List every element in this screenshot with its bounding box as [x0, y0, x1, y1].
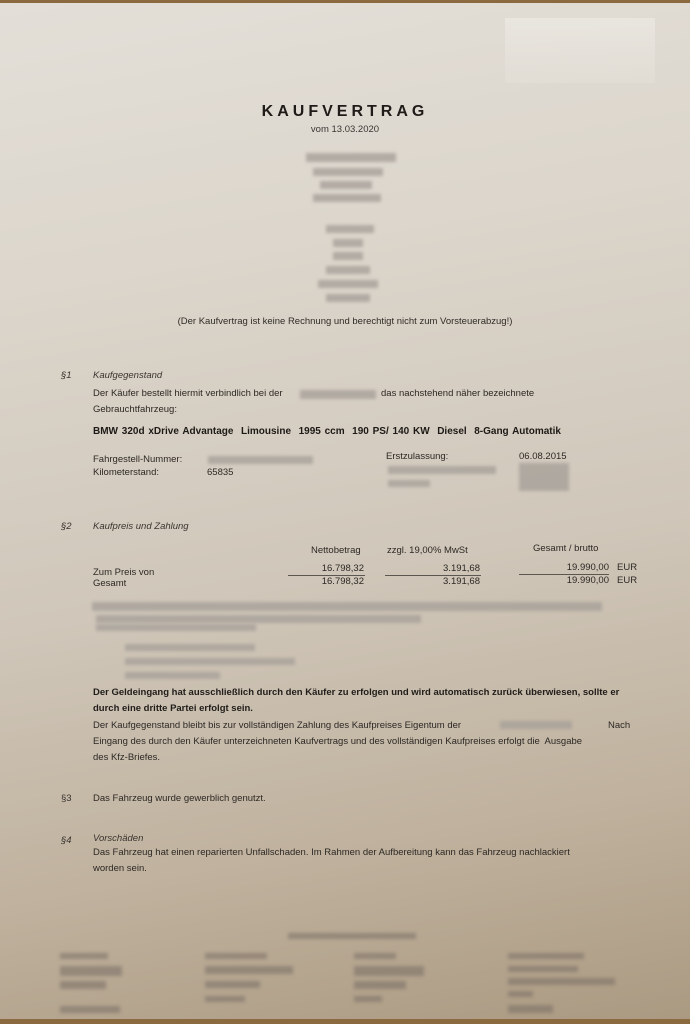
- payment-notice: Der Geldeingang hat ausschließlich durch…: [93, 685, 643, 717]
- total-currency: EUR: [617, 573, 637, 589]
- document-date: vom 13.03.2020: [0, 124, 690, 135]
- section1-intro-b: das nachstehend näher bezeichnete: [381, 386, 534, 402]
- contract-paper: KAUFVERTRAG vom 13.03.2020 (Der Kaufvert…: [0, 3, 690, 1019]
- ownership-line1-b: Nach: [608, 718, 630, 734]
- total-vat: 3.191,68: [390, 574, 480, 590]
- ownership-line3: des Kfz-Briefes.: [93, 750, 160, 766]
- column-vat: zzgl. 19,00% MwSt: [387, 543, 468, 559]
- ownership-line2: Eingang des durch den Käufer unterzeichn…: [93, 734, 582, 750]
- section4-number: §4: [61, 835, 72, 846]
- section1-intro-a: Der Käufer bestellt hiermit verbindlich …: [93, 386, 283, 402]
- section3-text: Das Fahrzeug wurde gewerblich genutzt.: [93, 791, 266, 807]
- section4-line2: worden sein.: [93, 861, 147, 877]
- redacted-seller-name: [300, 390, 376, 399]
- light-glare: [505, 18, 655, 83]
- section4-title: Vorschäden: [93, 833, 143, 844]
- section1-title: Kaufgegenstand: [93, 370, 162, 381]
- section1-intro-line2: Gebrauchtfahrzeug:: [93, 402, 177, 418]
- vehicle-description: BMW 320d xDrive Advantage Limousine 1995…: [93, 426, 561, 437]
- total-row-label: Gesamt: [93, 576, 126, 592]
- mileage-value: 65835: [207, 465, 233, 481]
- section4-line1: Das Fahrzeug hat einen reparierten Unfal…: [93, 845, 570, 861]
- redacted-owner-name: [500, 721, 572, 729]
- total-net: 16.798,32: [280, 574, 364, 590]
- total-gross: 19.990,00: [520, 573, 609, 589]
- mileage-label: Kilometerstand:: [93, 465, 159, 481]
- disclaimer: (Der Kaufvertrag ist keine Rechnung und …: [0, 316, 690, 327]
- section2-number: §2: [61, 521, 72, 532]
- section1-number: §1: [61, 370, 72, 381]
- section3-number: §3: [61, 793, 72, 804]
- ownership-line1-a: Der Kaufgegenstand bleibt bis zur vollst…: [93, 718, 461, 734]
- section2-title: Kaufpreis und Zahlung: [93, 521, 189, 532]
- column-net: Nettobetrag: [311, 543, 361, 559]
- column-gross: Gesamt / brutto: [533, 541, 598, 557]
- first-registration-label: Erstzulassung:: [386, 449, 448, 465]
- redacted-vin: [208, 456, 313, 464]
- document-title: KAUFVERTRAG: [0, 103, 690, 121]
